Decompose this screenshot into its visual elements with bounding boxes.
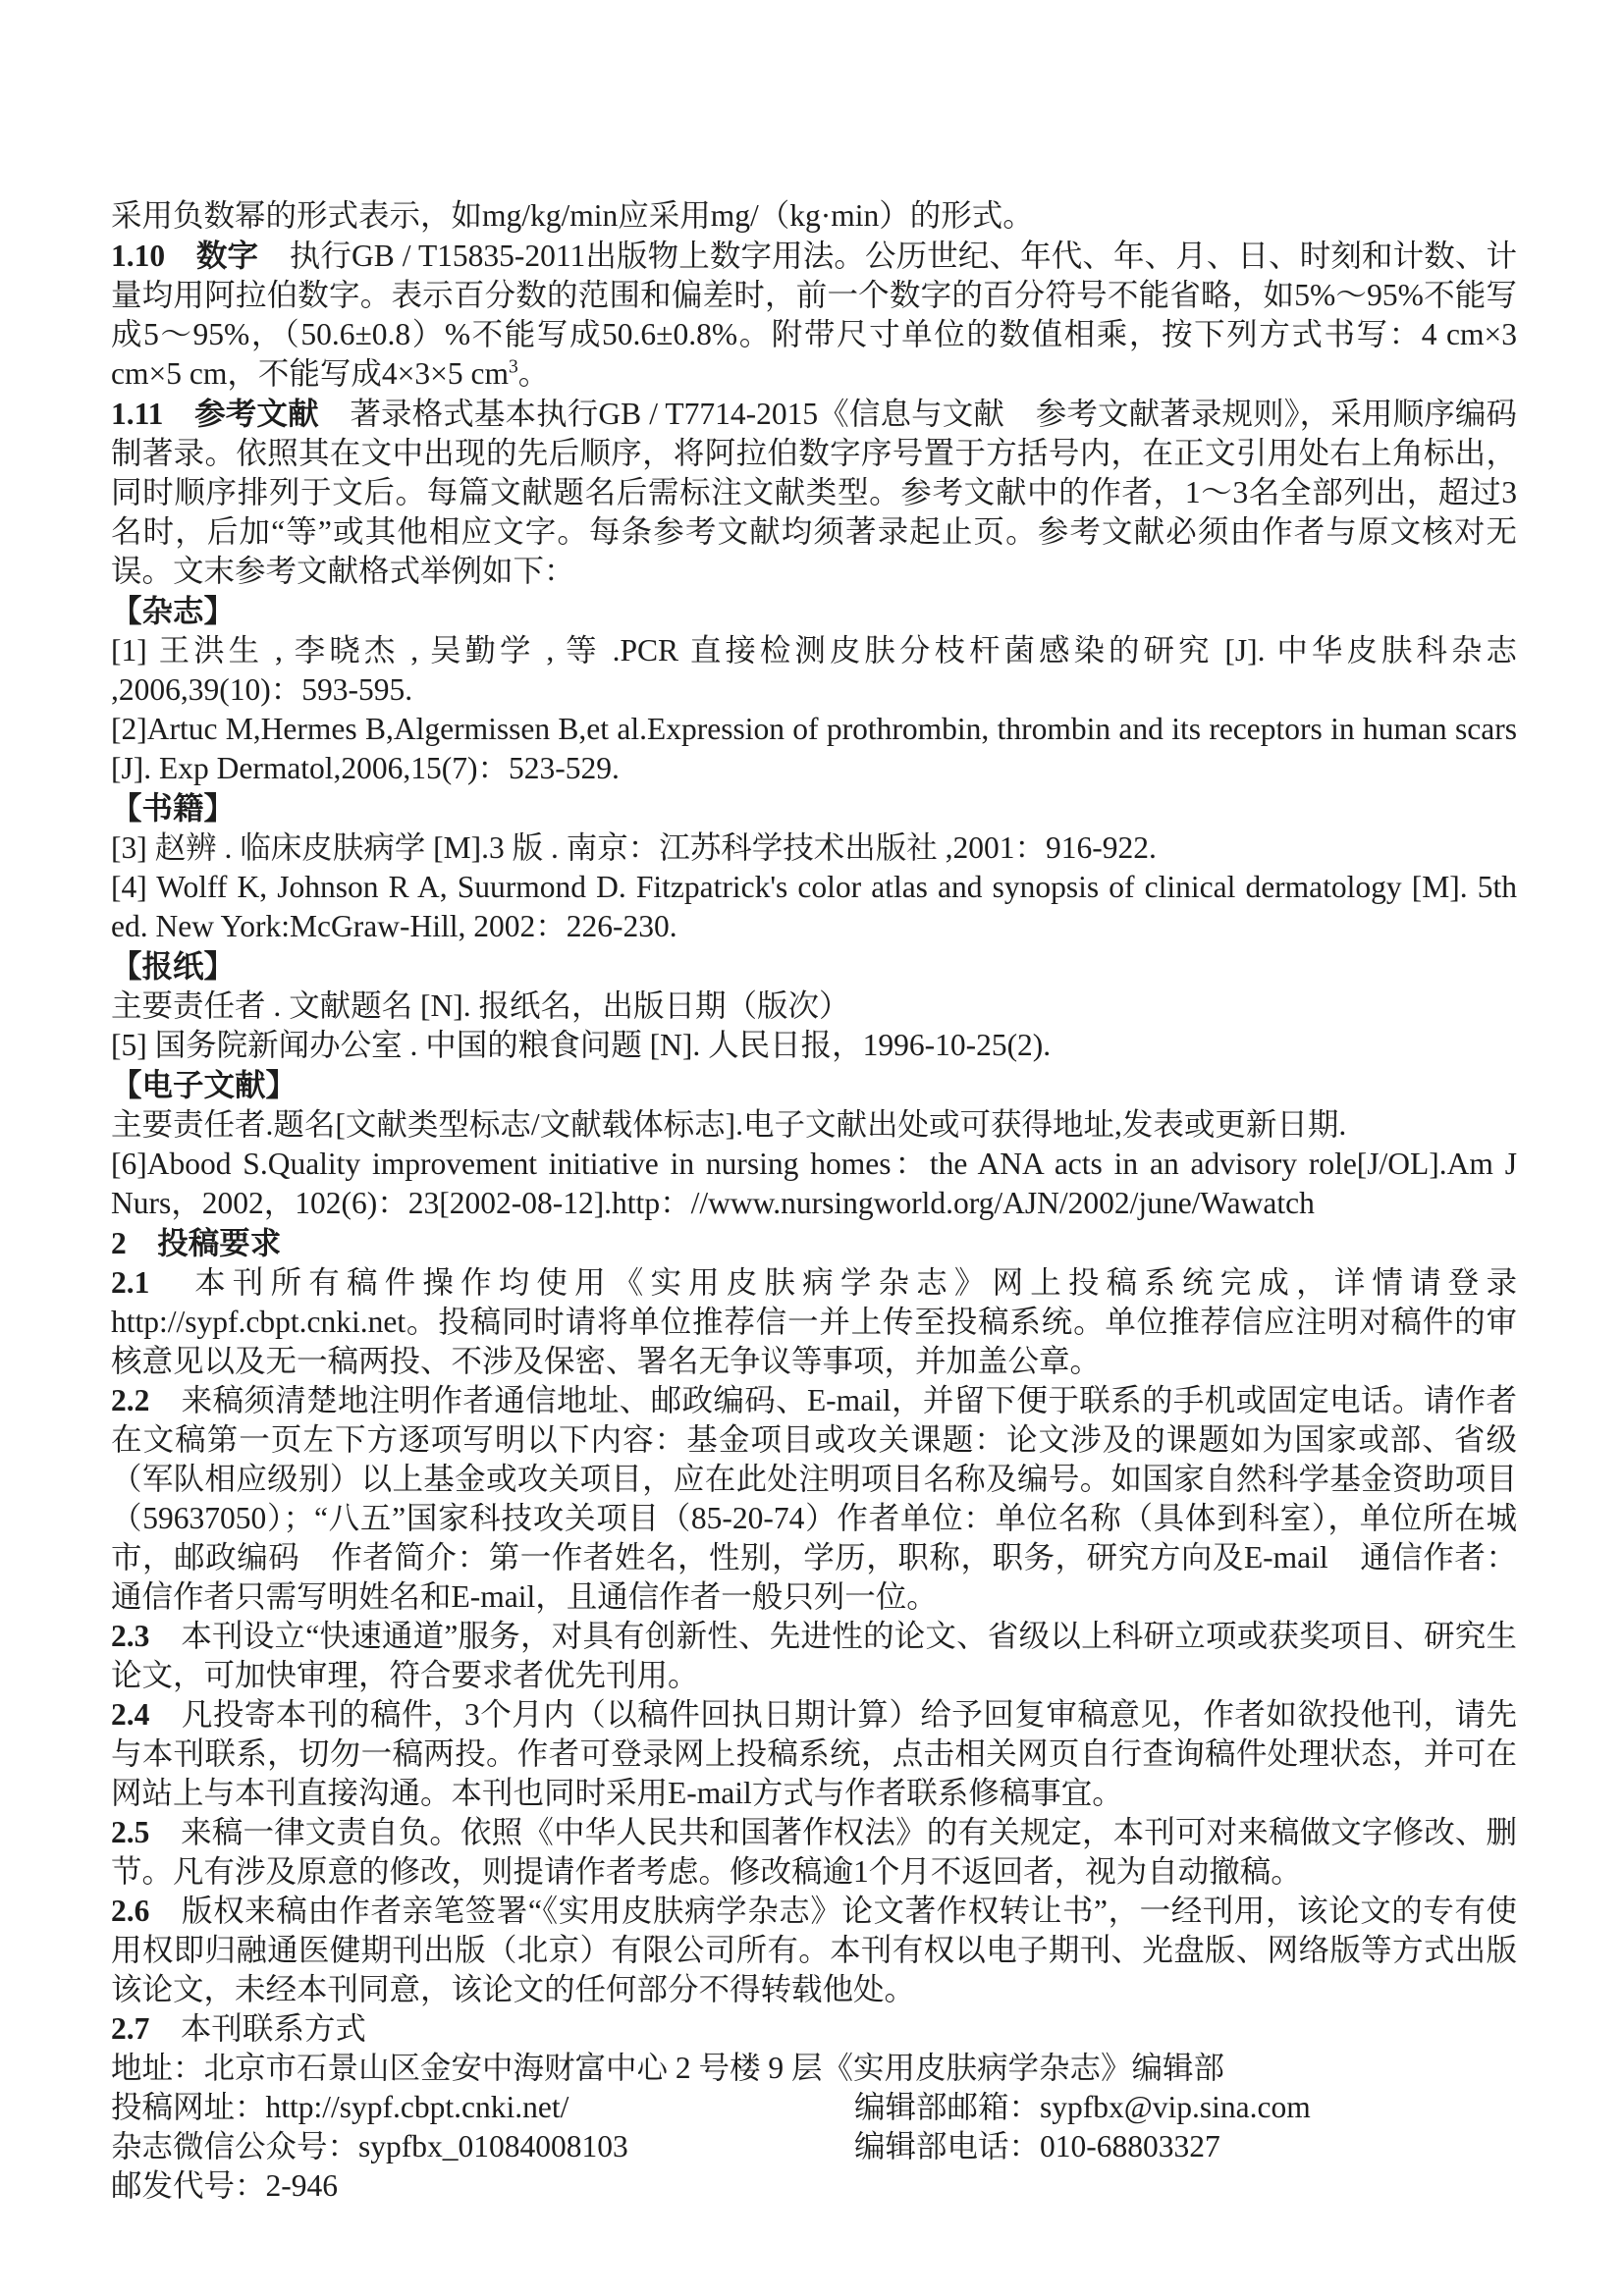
heading-electronic-bracket: 【电子文献】 bbox=[111, 1065, 1517, 1105]
text-run: 凡投寄本刊的稿件，3个月内（以稿件回执日期计算）给予回复审稿意见，作者如欲投他刊… bbox=[111, 1697, 1517, 1810]
heading-text: 数字 bbox=[165, 238, 290, 273]
section-number: 2 bbox=[111, 1226, 127, 1260]
text-run: 采用负数幂的形式表示，如mg/kg/min应采用mg/（kg·min）的形式。 bbox=[111, 198, 1034, 233]
text-run: 邮发代号：2-946 bbox=[111, 2168, 338, 2203]
newspaper-format-template: 主要责任者 . 文献题名 [N]. 报纸名，出版日期（版次） bbox=[111, 987, 1517, 1026]
heading-journal-bracket: 【杂志】 bbox=[111, 591, 1517, 631]
text-run: 本刊所有稿件操作均使用《实用皮肤病学杂志》网上投稿系统完成，详情请登录http:… bbox=[111, 1265, 1517, 1378]
text-run: 主要责任者.题名[文献类型标志/文献载体标志].电子文献出处或可获得地址,发表或… bbox=[111, 1107, 1346, 1142]
para-2-4: 2.4 凡投寄本刊的稿件，3个月内（以稿件回执日期计算）给予回复审稿意见，作者如… bbox=[111, 1695, 1517, 1813]
text-run: [3] 赵辨 . 临床皮肤病学 [M].3 版 . 南京：江苏科学技术出版社 ,… bbox=[111, 830, 1157, 865]
section-number: 2.1 bbox=[111, 1265, 149, 1300]
text-run: 来稿一律文责自负。依照《中华人民共和国著作权法》的有关规定，本刊可对来稿做文字修… bbox=[111, 1815, 1517, 1889]
para-1-10-numbers: 1.10 数字 执行GB / T15835-2011出版物上数字用法。公历世纪、… bbox=[111, 236, 1517, 394]
section-number: 2.5 bbox=[111, 1815, 149, 1849]
para-2-3: 2.3 本刊设立“快速通道”服务，对具有创新性、先进性的论文、省级以上科研立项或… bbox=[111, 1617, 1517, 1695]
section-number: 2.3 bbox=[111, 1619, 149, 1653]
contact-field: 杂志微信公众号：sypfbx_01084008103 bbox=[111, 2127, 854, 2166]
text-run: 主要责任者 . 文献题名 [N]. 报纸名，出版日期（版次） bbox=[111, 988, 849, 1023]
section-number: 1.10 bbox=[111, 239, 165, 273]
heading-text: 参考文献 bbox=[163, 396, 350, 431]
text-run: 地址：北京市石景山区金安中海财富中心 2 号楼 9 层《实用皮肤病学杂志》编辑部 bbox=[111, 2051, 1224, 2085]
contact-row-website-email: 投稿网址：http://sypf.cbpt.cnki.net/编辑部邮箱：syp… bbox=[111, 2088, 1517, 2127]
text-run: [5] 国务院新闻办公室 . 中国的粮食问题 [N]. 人民日报，1996-10… bbox=[111, 1028, 1051, 1062]
para-negative-power-continuation: 采用负数幂的形式表示，如mg/kg/min应采用mg/（kg·min）的形式。 bbox=[111, 196, 1517, 236]
heading-2-submission-requirements: 2 投稿要求 bbox=[111, 1223, 1517, 1263]
text-run: 版权来稿由作者亲笔签署“《实用皮肤病学杂志》论文著作权转让书”，一经刊用，该论文… bbox=[111, 1894, 1517, 2006]
text-run: 本刊设立“快速通道”服务，对具有创新性、先进性的论文、省级以上科研立项或获奖项目… bbox=[111, 1619, 1517, 1692]
contact-field: 投稿网址：http://sypf.cbpt.cnki.net/ bbox=[111, 2088, 854, 2127]
heading-newspaper-bracket: 【报纸】 bbox=[111, 946, 1517, 987]
text-run: [6]Abood S.Quality improvement initiativ… bbox=[111, 1147, 1517, 1220]
para-2-5: 2.5 来稿一律文责自负。依照《中华人民共和国著作权法》的有关规定，本刊可对来稿… bbox=[111, 1813, 1517, 1892]
text-run: [4] Wolff K, Johnson R A, Suurmond D. Fi… bbox=[111, 870, 1517, 943]
text-run: [2]Artuc M,Hermes B,Algermissen B,et al.… bbox=[111, 712, 1517, 785]
para-1-11-references: 1.11 参考文献 著录格式基本执行GB / T7714-2015《信息与文献 … bbox=[111, 394, 1517, 591]
text-run: 。 bbox=[518, 356, 550, 391]
text-run: 来稿须清楚地注明作者通信地址、邮政编码、E-mail，并留下便于联系的手机或固定… bbox=[111, 1383, 1517, 1614]
section-number: 2.2 bbox=[111, 1383, 149, 1417]
para-2-7-contact-heading: 2.7 本刊联系方式 bbox=[111, 2009, 1517, 2049]
para-2-6: 2.6 版权来稿由作者亲笔签署“《实用皮肤病学杂志》论文著作权转让书”，一经刊用… bbox=[111, 1892, 1517, 2009]
text-run: 本刊联系方式 bbox=[149, 2011, 366, 2046]
text-run: [1] 王洪生 , 李晓杰 , 吴勤学 , 等 .PCR 直接检测皮肤分枝杆菌感… bbox=[111, 633, 1517, 707]
electronic-format-template: 主要责任者.题名[文献类型标志/文献载体标志].电子文献出处或可获得地址,发表或… bbox=[111, 1105, 1517, 1145]
heading-text: 【报纸】 bbox=[111, 948, 235, 984]
para-2-1: 2.1 本刊所有稿件操作均使用《实用皮肤病学杂志》网上投稿系统完成，详情请登录h… bbox=[111, 1263, 1517, 1381]
contact-field: 编辑部邮箱：sypfbx@vip.sina.com bbox=[854, 2088, 1517, 2127]
para-2-2: 2.2 来稿须清楚地注明作者通信地址、邮政编码、E-mail，并留下便于联系的手… bbox=[111, 1381, 1517, 1617]
reference-4: [4] Wolff K, Johnson R A, Suurmond D. Fi… bbox=[111, 868, 1517, 946]
heading-books-bracket: 【书籍】 bbox=[111, 788, 1517, 828]
section-number: 2.6 bbox=[111, 1894, 149, 1928]
text-run: 执行GB / T15835-2011出版物上数字用法。公历世纪、年代、年、月、日… bbox=[111, 239, 1517, 391]
document-body: 采用负数幂的形式表示，如mg/kg/min应采用mg/（kg·min）的形式。1… bbox=[111, 196, 1517, 2206]
reference-1: [1] 王洪生 , 李晓杰 , 吴勤学 , 等 .PCR 直接检测皮肤分枝杆菌感… bbox=[111, 631, 1517, 710]
reference-6: [6]Abood S.Quality improvement initiativ… bbox=[111, 1145, 1517, 1223]
heading-text: 【书籍】 bbox=[111, 790, 235, 826]
contact-postal-code: 邮发代号：2-946 bbox=[111, 2166, 1517, 2206]
reference-3: [3] 赵辨 . 临床皮肤病学 [M].3 版 . 南京：江苏科学技术出版社 ,… bbox=[111, 828, 1517, 868]
reference-2: [2]Artuc M,Hermes B,Algermissen B,et al.… bbox=[111, 710, 1517, 788]
section-number: 1.11 bbox=[111, 397, 163, 431]
section-number: 2.7 bbox=[111, 2011, 149, 2046]
contact-row-wechat-phone: 杂志微信公众号：sypfbx_01084008103编辑部电话：010-6880… bbox=[111, 2127, 1517, 2166]
section-number: 2.4 bbox=[111, 1697, 149, 1732]
contact-field: 编辑部电话：010-68803327 bbox=[854, 2127, 1517, 2166]
heading-text: 投稿要求 bbox=[127, 1225, 282, 1260]
contact-address: 地址：北京市石景山区金安中海财富中心 2 号楼 9 层《实用皮肤病学杂志》编辑部 bbox=[111, 2049, 1517, 2088]
heading-text: 【电子文献】 bbox=[111, 1067, 297, 1102]
text-run: 3 bbox=[509, 357, 518, 378]
heading-text: 【杂志】 bbox=[111, 593, 235, 628]
reference-5: [5] 国务院新闻办公室 . 中国的粮食问题 [N]. 人民日报，1996-10… bbox=[111, 1026, 1517, 1065]
